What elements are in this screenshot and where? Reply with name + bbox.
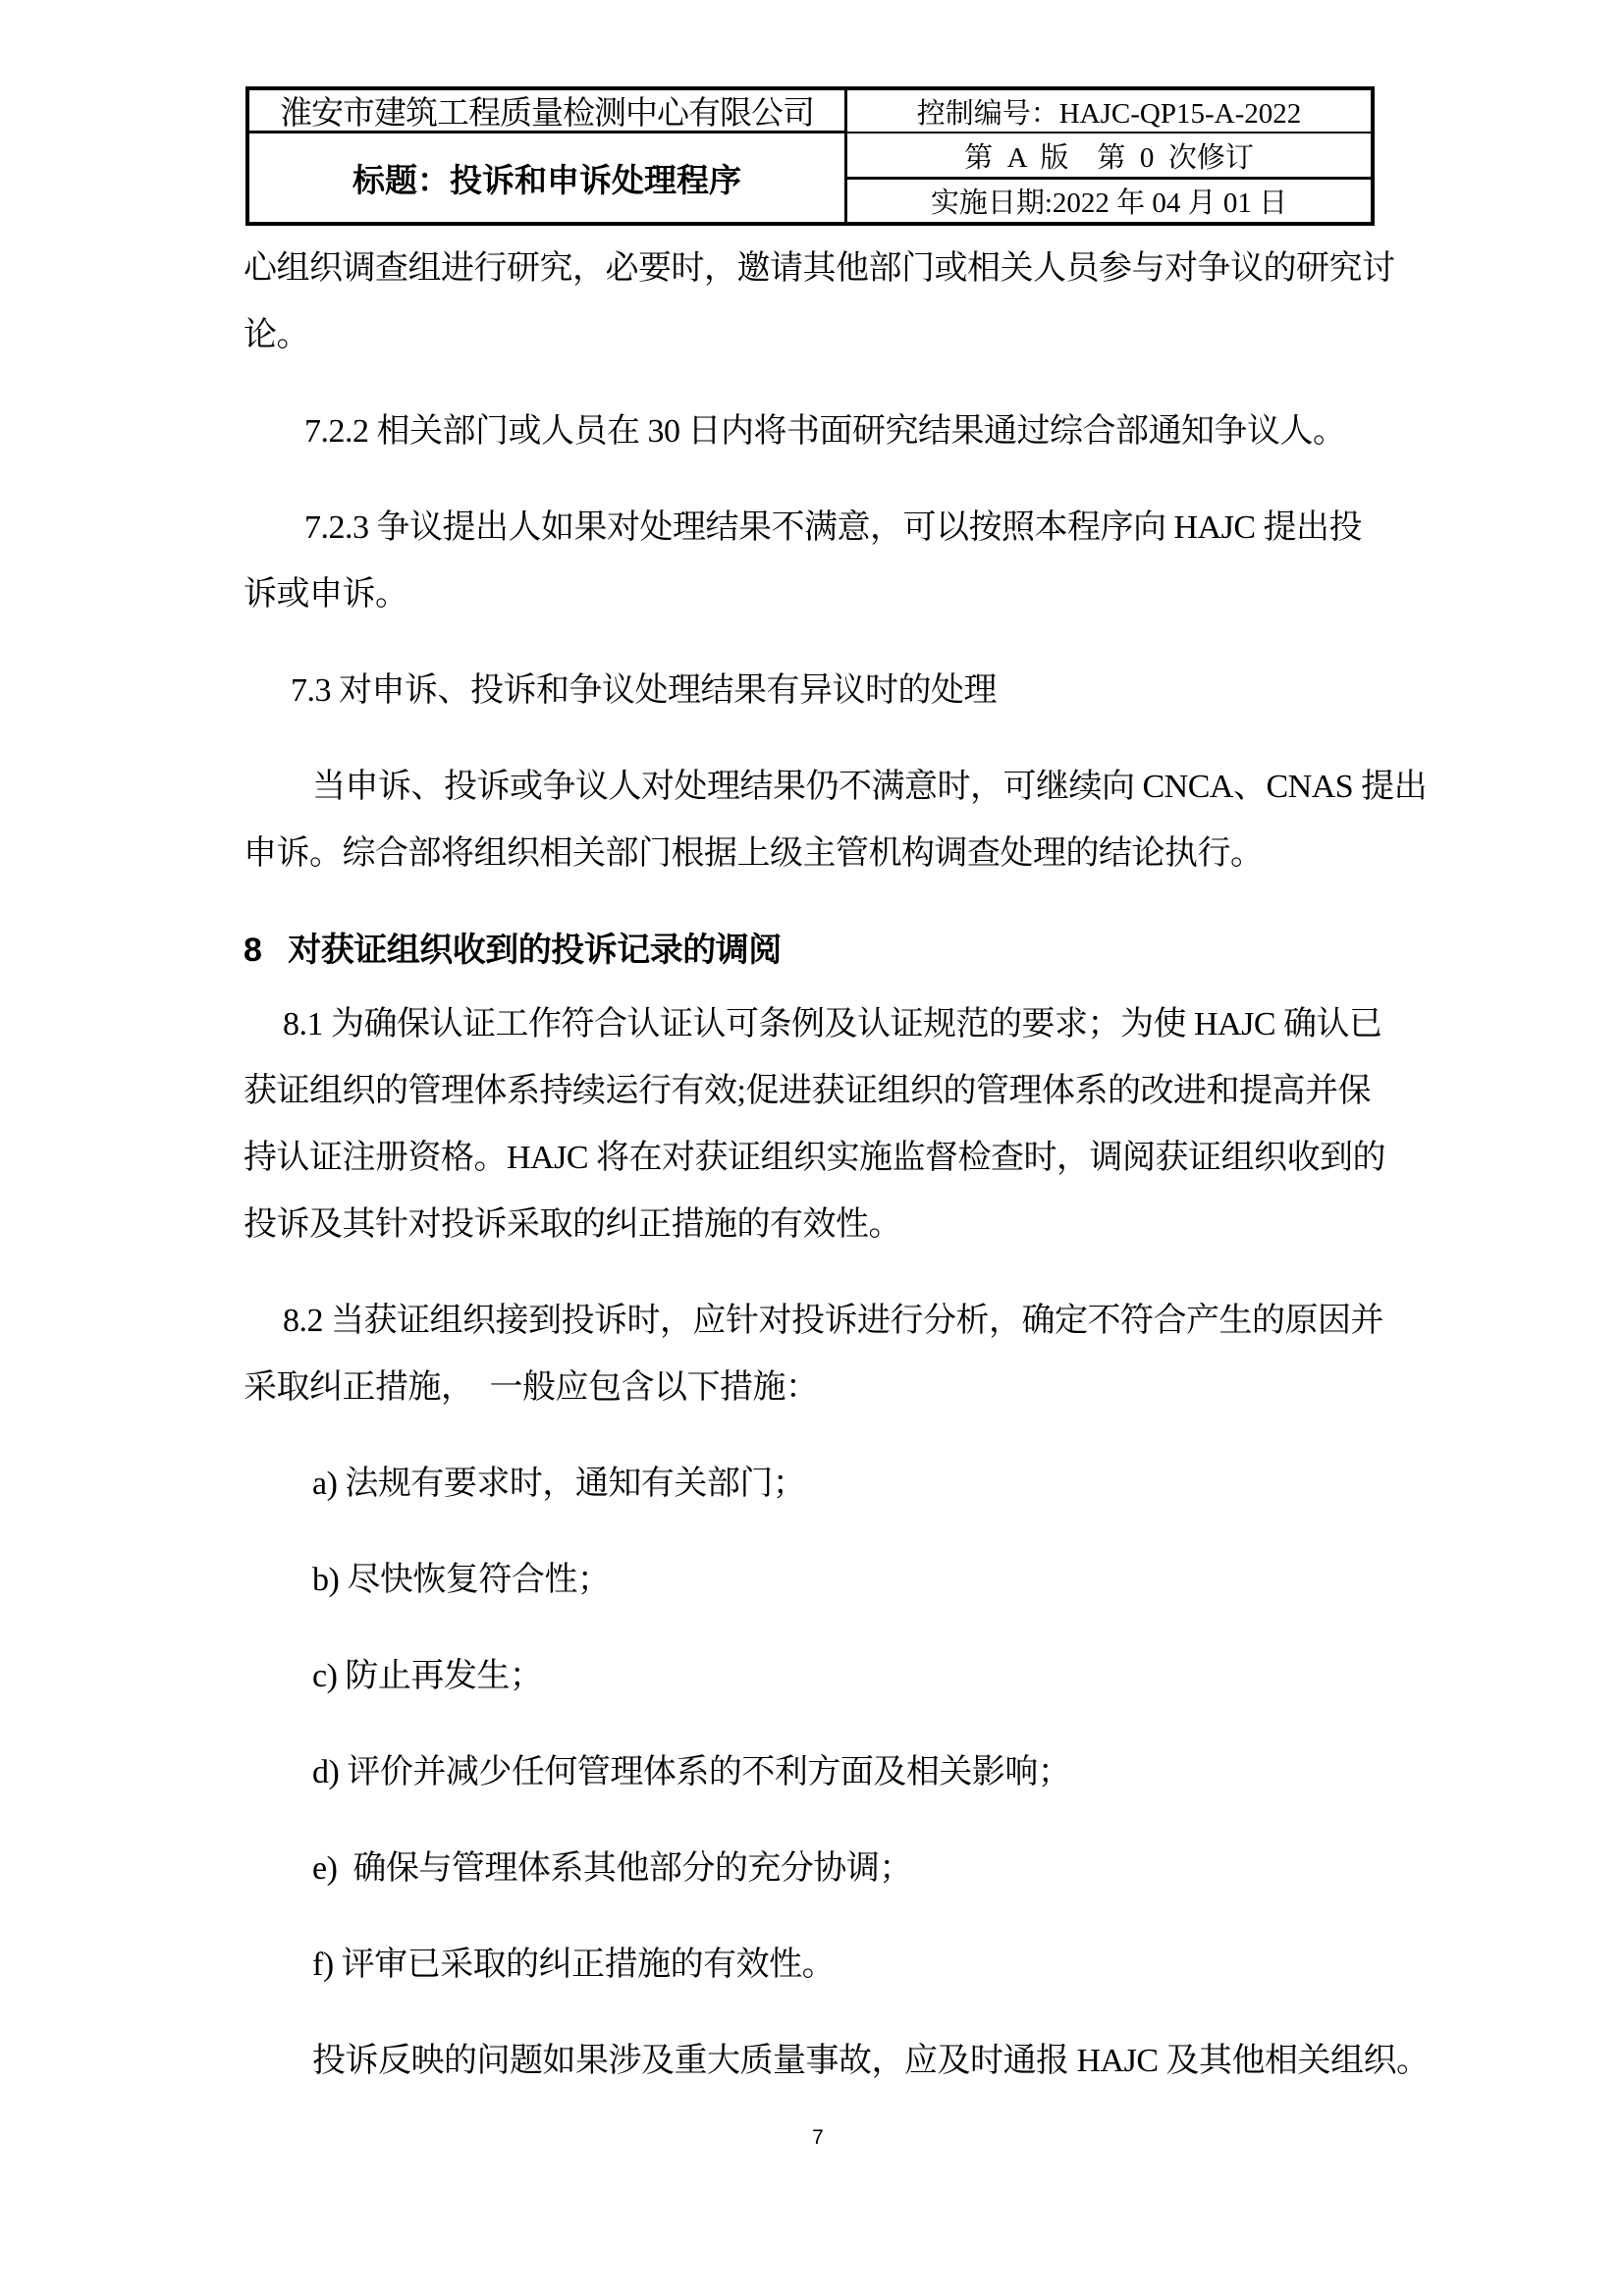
page-number: 7 [244, 2124, 1392, 2152]
text-line: 采取纠正措施， 一般应包含以下措施： [244, 1355, 1392, 1421]
version-revision-cell: 第 A 版 第 0 次修订 [847, 133, 1371, 180]
text-line: 投诉及其针对投诉采取的纠正措施的有效性。 [244, 1192, 1392, 1258]
text-line: 8.2 当获证组织接到投诉时，应针对投诉进行分析，确定不符合产生的原因并 [244, 1288, 1392, 1355]
header-right-column: 控制编号：HAJC-QP15-A-2022 第 A 版 第 0 次修订 实施日期… [847, 90, 1371, 222]
text-line: 投诉反映的问题如果涉及重大质量事故，应及时通报 HAJC 及其他相关组织。 [244, 2028, 1392, 2095]
text-line: 诉或申诉。 [244, 561, 1392, 628]
text-line: e) 确保与管理体系其他部分的充分协调； [244, 1836, 1392, 1902]
document-header-table: 淮安市建筑工程质量检测中心有限公司 标题：投诉和申诉处理程序 控制编号：HAJC… [245, 86, 1375, 226]
list-item-e: e) 确保与管理体系其他部分的充分协调； [244, 1836, 1392, 1902]
text-line: 当申诉、投诉或争议人对处理结果仍不满意时，可继续向 CNCA、CNAS 提出 [244, 754, 1392, 821]
text-line: a) 法规有要求时，通知有关部门； [244, 1451, 1392, 1518]
header-left-column: 淮安市建筑工程质量检测中心有限公司 标题：投诉和申诉处理程序 [249, 90, 847, 222]
text-line: f) 评审已采取的纠正措施的有效性。 [244, 1932, 1392, 1999]
section-8-heading: 8 对获证组织收到的投诉记录的调阅 [244, 917, 1392, 984]
doc-title-cell: 标题：投诉和申诉处理程序 [249, 133, 844, 222]
control-number-cell: 控制编号：HAJC-QP15-A-2022 [847, 90, 1371, 133]
document-page: 淮安市建筑工程质量检测中心有限公司 标题：投诉和申诉处理程序 控制编号：HAJC… [0, 0, 1624, 2296]
text-line: 8.1 为确保认证工作符合认证认可条例及认证规范的要求；为使 HAJC 确认已 [244, 991, 1392, 1058]
paragraph-7-2-3: 7.2.3 争议提出人如果对处理结果不满意，可以按照本程序向 HAJC 提出投 … [244, 495, 1392, 628]
list-item-d: d) 评价并减少任何管理体系的不利方面及相关影响； [244, 1739, 1392, 1806]
text-line: d) 评价并减少任何管理体系的不利方面及相关影响； [244, 1739, 1392, 1806]
document-body: 心组织调查组进行研究，必要时，邀请其他部门或相关人员参与对争议的研究讨 论。 7… [244, 236, 1392, 2152]
list-item-c: c) 防止再发生； [244, 1643, 1392, 1710]
company-name-cell: 淮安市建筑工程质量检测中心有限公司 [249, 90, 844, 133]
paragraph-8-1: 8.1 为确保认证工作符合认证认可条例及认证规范的要求；为使 HAJC 确认已 … [244, 991, 1392, 1258]
paragraph-7-3: 7.3 对申诉、投诉和争议处理结果有异议时的处理 [244, 658, 1392, 724]
text-line: 7.3 对申诉、投诉和争议处理结果有异议时的处理 [244, 658, 1392, 724]
paragraph-major-quality-incident: 投诉反映的问题如果涉及重大质量事故，应及时通报 HAJC 及其他相关组织。 [244, 2028, 1392, 2095]
paragraph-continuation: 心组织调查组进行研究，必要时，邀请其他部门或相关人员参与对争议的研究讨 论。 [244, 236, 1392, 369]
list-item-a: a) 法规有要求时，通知有关部门； [244, 1451, 1392, 1518]
text-line: 7.2.2 相关部门或人员在 30 日内将书面研究结果通过综合部通知争议人。 [244, 399, 1392, 465]
text-line: 申诉。综合部将组织相关部门根据上级主管机构调查处理的结论执行。 [244, 821, 1392, 887]
text-line: 心组织调查组进行研究，必要时，邀请其他部门或相关人员参与对争议的研究讨 [244, 236, 1392, 302]
text-line: b) 尽快恢复符合性； [244, 1547, 1392, 1614]
list-item-f: f) 评审已采取的纠正措施的有效性。 [244, 1932, 1392, 1999]
paragraph-7-2-2: 7.2.2 相关部门或人员在 30 日内将书面研究结果通过综合部通知争议人。 [244, 399, 1392, 465]
text-line: 8 对获证组织收到的投诉记录的调阅 [244, 917, 1392, 984]
text-line: 获证组织的管理体系持续运行有效;促进获证组织的管理体系的改进和提高并保 [244, 1058, 1392, 1125]
paragraph-appeal-escalation: 当申诉、投诉或争议人对处理结果仍不满意时，可继续向 CNCA、CNAS 提出 申… [244, 754, 1392, 887]
text-line: 持认证注册资格。HAJC 将在对获证组织实施监督检查时，调阅获证组织收到的 [244, 1125, 1392, 1192]
text-line: 7.2.3 争议提出人如果对处理结果不满意，可以按照本程序向 HAJC 提出投 [244, 495, 1392, 561]
text-line: 论。 [244, 302, 1392, 369]
implementation-date-cell: 实施日期:2022 年 04 月 01 日 [847, 180, 1371, 222]
list-item-b: b) 尽快恢复符合性； [244, 1547, 1392, 1614]
paragraph-8-2: 8.2 当获证组织接到投诉时，应针对投诉进行分析，确定不符合产生的原因并 采取纠… [244, 1288, 1392, 1421]
text-line: c) 防止再发生； [244, 1643, 1392, 1710]
